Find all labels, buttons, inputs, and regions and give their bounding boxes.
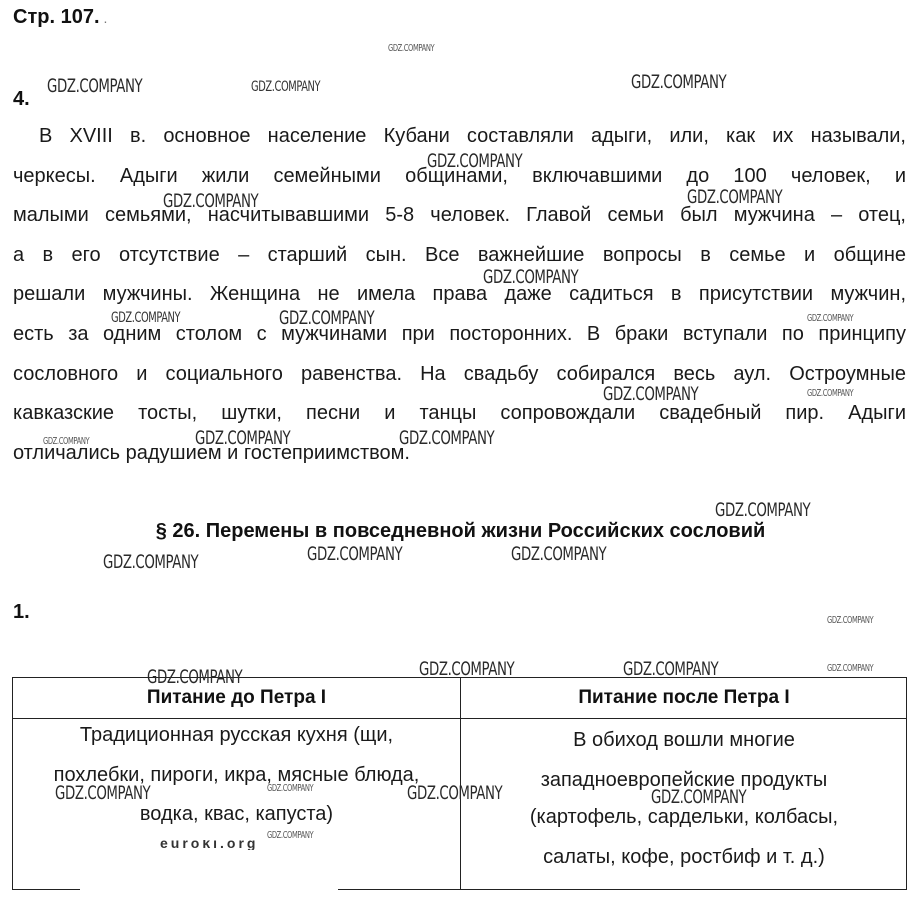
- watermark: GDZ.COMPANY: [651, 786, 746, 808]
- table-cell-before-peter: Традиционная русская кухня (щи, похлебки…: [13, 716, 460, 835]
- watermark: GDZ.COMPANY: [307, 543, 402, 565]
- cell-line: В обиход вошли многие: [461, 721, 907, 761]
- section-title: § 26. Перемены в повседневной жизни Росс…: [0, 520, 921, 543]
- watermark: GDZ.COMPANY: [267, 830, 313, 841]
- cell-line: Традиционная русская кухня (щи,: [13, 716, 460, 756]
- watermark: GDZ.COMPANY: [827, 615, 873, 626]
- table-bottom-border-left: [12, 889, 80, 890]
- watermark: GDZ.COMPANY: [631, 71, 726, 93]
- cropped-text-fragment: euroki.org: [160, 840, 310, 850]
- watermark: GDZ.COMPANY: [103, 551, 198, 573]
- page-reference: Стр. 107..: [13, 6, 107, 29]
- watermark: GDZ.COMPANY: [147, 666, 242, 688]
- watermark: GDZ.COMPANY: [483, 266, 578, 288]
- watermark: GDZ.COMPANY: [407, 782, 502, 804]
- paragraph-line: а в его отсутствие – старший сын. Все ва…: [13, 236, 906, 276]
- table-bottom-border-right: [338, 889, 907, 890]
- watermark: GDZ.COMPANY: [279, 307, 374, 329]
- watermark: GDZ.COMPANY: [623, 658, 718, 680]
- cell-line: салаты, кофе, ростбиф и т. д.): [461, 838, 907, 878]
- watermark: GDZ.COMPANY: [427, 150, 522, 172]
- watermark: GDZ.COMPANY: [195, 427, 290, 449]
- task-4-number: 4.: [13, 88, 30, 111]
- watermark: GDZ.COMPANY: [715, 499, 810, 521]
- watermark: GDZ.COMPANY: [511, 543, 606, 565]
- watermark: GDZ.COMPANY: [43, 436, 89, 447]
- page-reference-label: Стр. 107.: [13, 6, 100, 28]
- watermark: GDZ.COMPANY: [399, 427, 494, 449]
- watermark: GDZ.COMPANY: [827, 663, 873, 674]
- watermark: GDZ.COMPANY: [111, 310, 180, 326]
- paragraph-line: сословного и социального равенства. На с…: [13, 355, 906, 395]
- watermark: GDZ.COMPANY: [251, 79, 320, 95]
- watermark: GDZ.COMPANY: [47, 75, 142, 97]
- page-reference-tick: .: [104, 10, 108, 26]
- watermark: GDZ.COMPANY: [807, 313, 853, 324]
- task-1-number: 1.: [13, 601, 30, 624]
- watermark: GDZ.COMPANY: [419, 658, 514, 680]
- watermark: GDZ.COMPANY: [603, 383, 698, 405]
- watermark: GDZ.COMPANY: [163, 190, 258, 212]
- watermark: GDZ.COMPANY: [687, 186, 782, 208]
- table-header-after-peter: Питание после Петра I: [461, 678, 907, 718]
- watermark: GDZ.COMPANY: [807, 388, 853, 399]
- watermark: GDZ.COMPANY: [55, 782, 150, 804]
- watermark: GDZ.COMPANY: [388, 43, 434, 54]
- watermark: GDZ.COMPANY: [267, 783, 313, 794]
